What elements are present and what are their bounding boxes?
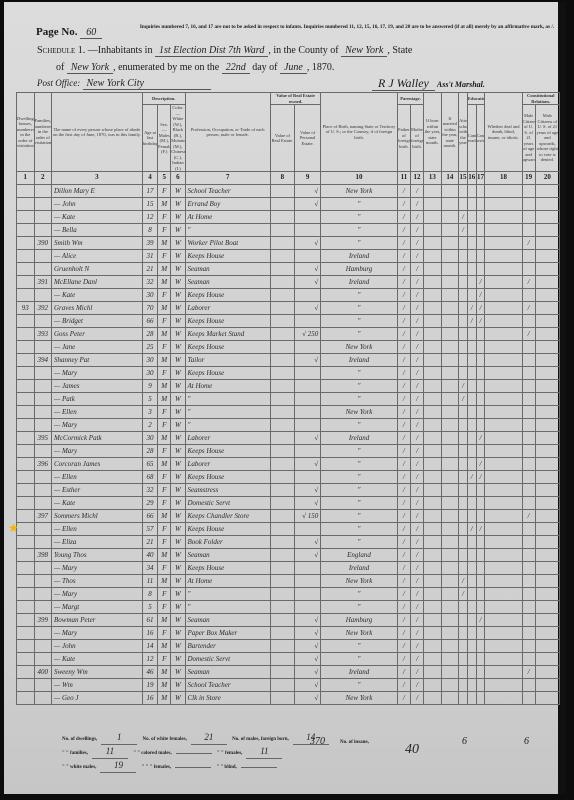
post-office-label: Post Office:	[37, 78, 80, 88]
enumeration-line: of New York, enumerated by me on the 22n…	[56, 62, 334, 74]
married-month	[441, 666, 459, 679]
vote-denied	[535, 653, 559, 666]
married-month	[441, 562, 459, 575]
col-header-12: Mother of foreign birth.	[410, 105, 423, 172]
birthplace: "	[321, 588, 398, 601]
real-estate	[270, 211, 294, 224]
col-number-11: 11	[397, 172, 410, 185]
attended-school	[459, 237, 468, 250]
color: W	[171, 406, 185, 419]
cannot-write	[476, 224, 485, 237]
personal-estate-total: 370	[310, 736, 325, 747]
occupation: Paper Box Maker	[185, 627, 270, 640]
father-foreign: /	[397, 302, 410, 315]
person-name: Dillon Mary E	[52, 185, 143, 198]
married-month	[441, 250, 459, 263]
attended-school	[459, 627, 468, 640]
married-month	[441, 640, 459, 653]
mother-foreign: /	[410, 406, 423, 419]
occupation: Seaman	[185, 263, 270, 276]
age: 61	[142, 614, 157, 627]
born-month	[424, 497, 442, 510]
occupation: Domestic Servt	[185, 653, 270, 666]
born-month	[424, 224, 442, 237]
father-foreign: /	[397, 289, 410, 302]
table-row: — Mary34FWKeeps HouseIreland//	[17, 562, 560, 575]
father-foreign: /	[397, 549, 410, 562]
family-number: 390	[34, 237, 52, 250]
deaf-dumb	[485, 471, 522, 484]
birthplace: "	[321, 315, 398, 328]
cannot-write: /	[476, 432, 485, 445]
citizen	[522, 224, 535, 237]
family-number: 397	[34, 510, 52, 523]
vote-denied	[535, 354, 559, 367]
mother-foreign: /	[410, 575, 423, 588]
sex: F	[158, 185, 171, 198]
married-month	[441, 575, 459, 588]
mother-foreign: /	[410, 484, 423, 497]
occupation: Keeps House	[185, 289, 270, 302]
real-estate	[270, 575, 294, 588]
row-number	[17, 211, 35, 224]
summary-row-1: No. of dwellings,1 No. of white females,…	[62, 730, 382, 744]
person-name: Corcoran James	[52, 458, 143, 471]
table-row: — Bridget66FWKeeps House"////	[17, 315, 560, 328]
married-month	[441, 341, 459, 354]
inquiries-notice: Inquiries numbered 7, 16, and 17 are not…	[132, 24, 562, 31]
deaf-dumb	[485, 341, 522, 354]
cannot-write	[476, 198, 485, 211]
cannot-read	[467, 601, 476, 614]
born-month	[424, 354, 442, 367]
citizen	[522, 367, 535, 380]
citizen	[522, 354, 535, 367]
row-number	[17, 523, 35, 536]
table-row: — Margt5FW""//	[17, 601, 560, 614]
sex: M	[158, 354, 171, 367]
family-number	[34, 575, 52, 588]
col-number-19: 19	[522, 172, 535, 185]
born-month	[424, 289, 442, 302]
cannot-write	[476, 380, 485, 393]
father-foreign: /	[397, 315, 410, 328]
sex: F	[158, 367, 171, 380]
attended-school	[459, 523, 468, 536]
married-month	[441, 276, 459, 289]
mother-foreign: /	[410, 445, 423, 458]
vote-denied	[535, 341, 559, 354]
real-estate	[270, 588, 294, 601]
marshal-line: R J Walley Ass't Marshal.	[372, 76, 485, 91]
group-parentage: Parentage.	[397, 93, 423, 105]
family-number	[34, 653, 52, 666]
row-number	[17, 315, 35, 328]
row-number	[17, 653, 35, 666]
col-header-9: Value of Personal Estate.	[294, 105, 320, 172]
occupation: "	[185, 224, 270, 237]
cannot-read: /	[467, 302, 476, 315]
occupation: Book Folder	[185, 536, 270, 549]
deaf-dumb	[485, 575, 522, 588]
table-row: — Wm19MWSchool Teacher√"//	[17, 679, 560, 692]
citizen	[522, 484, 535, 497]
birthplace: "	[321, 198, 398, 211]
family-number	[34, 601, 52, 614]
county-field: New York	[341, 45, 387, 57]
vote-denied	[535, 484, 559, 497]
person-name: — Jane	[52, 341, 143, 354]
row-number	[17, 341, 35, 354]
table-row: — Mary28FWKeeps House"//	[17, 445, 560, 458]
month-field: June	[280, 62, 307, 74]
real-estate	[270, 653, 294, 666]
birthplace: "	[321, 237, 398, 250]
married-month	[441, 224, 459, 237]
state-label: , State	[387, 45, 412, 56]
attended-school	[459, 328, 468, 341]
family-number	[34, 393, 52, 406]
citizen	[522, 263, 535, 276]
row-number	[17, 692, 35, 705]
sex: M	[158, 432, 171, 445]
personal-estate: √	[294, 354, 320, 367]
table-row: — Geo J16MWClk in Store√New York//	[17, 692, 560, 705]
deaf-dumb	[485, 289, 522, 302]
birthplace: "	[321, 510, 398, 523]
row-number	[17, 393, 35, 406]
born-month	[424, 432, 442, 445]
vote-denied	[535, 276, 559, 289]
mother-foreign: /	[410, 224, 423, 237]
color: W	[171, 328, 185, 341]
personal-estate	[294, 224, 320, 237]
citizen: /	[522, 510, 535, 523]
father-foreign: /	[397, 523, 410, 536]
age: 16	[142, 692, 157, 705]
birthplace: Ireland	[321, 432, 398, 445]
born-month	[424, 380, 442, 393]
deaf-dumb	[485, 523, 522, 536]
citizen	[522, 315, 535, 328]
cannot-write	[476, 484, 485, 497]
col-number-15: 15	[459, 172, 468, 185]
real-estate	[270, 523, 294, 536]
age: 5	[142, 393, 157, 406]
person-name: — Bella	[52, 224, 143, 237]
mother-foreign: /	[410, 497, 423, 510]
cannot-read	[467, 354, 476, 367]
attended-school	[459, 250, 468, 263]
personal-estate: √	[294, 692, 320, 705]
deaf-dumb	[485, 237, 522, 250]
age: 30	[142, 354, 157, 367]
cannot-read	[467, 276, 476, 289]
personal-estate: √	[294, 237, 320, 250]
cannot-read	[467, 289, 476, 302]
color: W	[171, 445, 185, 458]
person-name: — Esther	[52, 484, 143, 497]
personal-estate: √	[294, 679, 320, 692]
census-table: Dwelling-houses, numbered in the order o…	[16, 92, 560, 705]
occupation: "	[185, 588, 270, 601]
star-icon[interactable]: ★	[8, 522, 19, 534]
deaf-dumb	[485, 497, 522, 510]
attended-school: /	[459, 588, 468, 601]
married-month	[441, 263, 459, 276]
father-foreign: /	[397, 211, 410, 224]
color: W	[171, 484, 185, 497]
attended-school: /	[459, 211, 468, 224]
vote-denied	[535, 614, 559, 627]
person-name: McEllane Danl	[52, 276, 143, 289]
deaf-dumb	[485, 328, 522, 341]
occupation: Keeps House	[185, 562, 270, 575]
row-number	[17, 406, 35, 419]
cannot-write: /	[476, 458, 485, 471]
person-name: — Kate	[52, 653, 143, 666]
table-row: — John14MWBartender√"//	[17, 640, 560, 653]
father-foreign: /	[397, 471, 410, 484]
col-header-16: Cannot read.	[467, 105, 476, 172]
table-row: — Patk5MW""///	[17, 393, 560, 406]
males-foreign-label: No. of males, foreign born,	[232, 737, 289, 742]
personal-estate: √	[294, 484, 320, 497]
color: W	[171, 523, 185, 536]
citizen	[522, 575, 535, 588]
attended-school	[459, 562, 468, 575]
table-row: — Mary8FW""///	[17, 588, 560, 601]
col-number-12: 12	[410, 172, 423, 185]
mother-foreign: /	[410, 237, 423, 250]
color: W	[171, 224, 185, 237]
sex: F	[158, 406, 171, 419]
person-name: — Kate	[52, 497, 143, 510]
row-number	[17, 536, 35, 549]
personal-estate: √	[294, 276, 320, 289]
table-row: 390Smith Wm39MWWorker Pilot Boat√"///	[17, 237, 560, 250]
occupation: School Teacher	[185, 185, 270, 198]
person-name: McCormick Patk	[52, 432, 143, 445]
color: W	[171, 393, 185, 406]
vote-denied	[535, 302, 559, 315]
row-number	[17, 289, 35, 302]
vote-denied	[535, 549, 559, 562]
row-number	[17, 458, 35, 471]
born-month	[424, 328, 442, 341]
cannot-read	[467, 497, 476, 510]
real-estate	[270, 666, 294, 679]
age: 28	[142, 445, 157, 458]
father-foreign: /	[397, 692, 410, 705]
mother-foreign: /	[410, 263, 423, 276]
color: W	[171, 185, 185, 198]
attended-school	[459, 419, 468, 432]
occupation: Tailor	[185, 354, 270, 367]
vote-denied	[535, 289, 559, 302]
attended-school: /	[459, 380, 468, 393]
vote-denied	[535, 380, 559, 393]
citizen	[522, 536, 535, 549]
family-number	[34, 588, 52, 601]
citizen	[522, 380, 535, 393]
vote-denied	[535, 523, 559, 536]
mother-foreign: /	[410, 367, 423, 380]
deaf-dumb	[485, 484, 522, 497]
age: 9	[142, 380, 157, 393]
marshal-signature: R J Walley	[372, 76, 435, 91]
married-month	[441, 523, 459, 536]
row-number	[17, 497, 35, 510]
cannot-read	[467, 458, 476, 471]
cannot-write	[476, 562, 485, 575]
deaf-dumb	[485, 562, 522, 575]
personal-estate	[294, 445, 320, 458]
citizen	[522, 341, 535, 354]
table-row: 391McEllane Danl32MWSeaman√Ireland////	[17, 276, 560, 289]
personal-estate: √	[294, 497, 320, 510]
mother-foreign: /	[410, 354, 423, 367]
mother-foreign: /	[410, 627, 423, 640]
married-month	[441, 211, 459, 224]
age: 5	[142, 601, 157, 614]
birthplace: Ireland	[321, 354, 398, 367]
sex: F	[158, 289, 171, 302]
occupation: Domestic Servt	[185, 497, 270, 510]
married-month	[441, 484, 459, 497]
row-number	[17, 445, 35, 458]
color: W	[171, 458, 185, 471]
born-month	[424, 419, 442, 432]
person-name: Shanney Pat	[52, 354, 143, 367]
row-number	[17, 237, 35, 250]
col-header-19: Male Citizens of U. S. of 21 years of ag…	[522, 105, 535, 172]
vote-denied	[535, 458, 559, 471]
col-header-13: If born within the year, state month.	[424, 93, 442, 172]
color: W	[171, 536, 185, 549]
table-row: — Kate29FWDomestic Servt√"//	[17, 497, 560, 510]
cannot-write	[476, 211, 485, 224]
cannot-write	[476, 185, 485, 198]
personal-estate	[294, 315, 320, 328]
family-number	[34, 640, 52, 653]
person-name: — Wm	[52, 679, 143, 692]
deaf-dumb	[485, 549, 522, 562]
married-month	[441, 588, 459, 601]
personal-estate	[294, 562, 320, 575]
colored-females-label: " " " females,	[142, 765, 171, 770]
born-month	[424, 614, 442, 627]
person-name: — John	[52, 198, 143, 211]
occupation: At Home	[185, 575, 270, 588]
occupation: At Home	[185, 211, 270, 224]
attended-school	[459, 653, 468, 666]
family-number	[34, 627, 52, 640]
citizen: /	[522, 328, 535, 341]
table-row: — Ellen68FWKeeps House"////	[17, 471, 560, 484]
age: 3	[142, 406, 157, 419]
table-row: — Kate12FWAt Home"///	[17, 211, 560, 224]
sex: F	[158, 445, 171, 458]
occupation: Seaman	[185, 549, 270, 562]
cannot-write	[476, 536, 485, 549]
cannot-read	[467, 549, 476, 562]
birthplace: "	[321, 458, 398, 471]
real-estate	[270, 250, 294, 263]
person-name: — Alice	[52, 250, 143, 263]
vote-denied	[535, 406, 559, 419]
deaf-dumb	[485, 536, 522, 549]
sex: F	[158, 224, 171, 237]
citizen	[522, 393, 535, 406]
father-foreign: /	[397, 445, 410, 458]
attended-school	[459, 471, 468, 484]
dwellings-label: No. of dwellings,	[62, 737, 97, 742]
born-month	[424, 185, 442, 198]
row-number	[17, 367, 35, 380]
age: 25	[142, 341, 157, 354]
personal-estate	[294, 380, 320, 393]
cannot-read	[467, 328, 476, 341]
personal-estate	[294, 367, 320, 380]
sex: F	[158, 523, 171, 536]
father-foreign: /	[397, 510, 410, 523]
father-foreign: /	[397, 640, 410, 653]
deaf-dumb	[485, 692, 522, 705]
col-header-7: Profession, Occupation, or Trade of each…	[185, 93, 270, 172]
col-header-5: Sex.—Males (M.), Females (F.)	[158, 105, 171, 172]
table-row: Gruenholt N21MWSeaman√Hamburg//	[17, 263, 560, 276]
citizen: /	[522, 237, 535, 250]
deaf-dumb	[485, 393, 522, 406]
white-females-label: No. of white females,	[143, 737, 187, 742]
col-number-8: 8	[270, 172, 294, 185]
family-number	[34, 484, 52, 497]
col-number-2: 2	[34, 172, 52, 185]
father-foreign: /	[397, 185, 410, 198]
color: W	[171, 276, 185, 289]
birthplace: New York	[321, 627, 398, 640]
table-row: Dillon Mary E17FWSchool Teacher√New York…	[17, 185, 560, 198]
sex: M	[158, 458, 171, 471]
age: 57	[142, 523, 157, 536]
deaf-dumb	[485, 601, 522, 614]
born-month	[424, 666, 442, 679]
color: W	[171, 432, 185, 445]
age: 68	[142, 471, 157, 484]
row-number	[17, 432, 35, 445]
family-number: 399	[34, 614, 52, 627]
real-estate	[270, 692, 294, 705]
occupation: At Home	[185, 380, 270, 393]
citizen	[522, 432, 535, 445]
citizen	[522, 497, 535, 510]
citizen	[522, 601, 535, 614]
age: 8	[142, 588, 157, 601]
deaf-dumb	[485, 510, 522, 523]
birthplace: "	[321, 640, 398, 653]
father-foreign: /	[397, 653, 410, 666]
col-header-18: Whether deaf and dumb, blind, insane, or…	[485, 93, 522, 172]
married-month	[441, 445, 459, 458]
citizen	[522, 250, 535, 263]
father-foreign: /	[397, 627, 410, 640]
row-number	[17, 562, 35, 575]
occupation: Seaman	[185, 666, 270, 679]
vote-denied	[535, 471, 559, 484]
born-month	[424, 367, 442, 380]
mother-foreign: /	[410, 536, 423, 549]
